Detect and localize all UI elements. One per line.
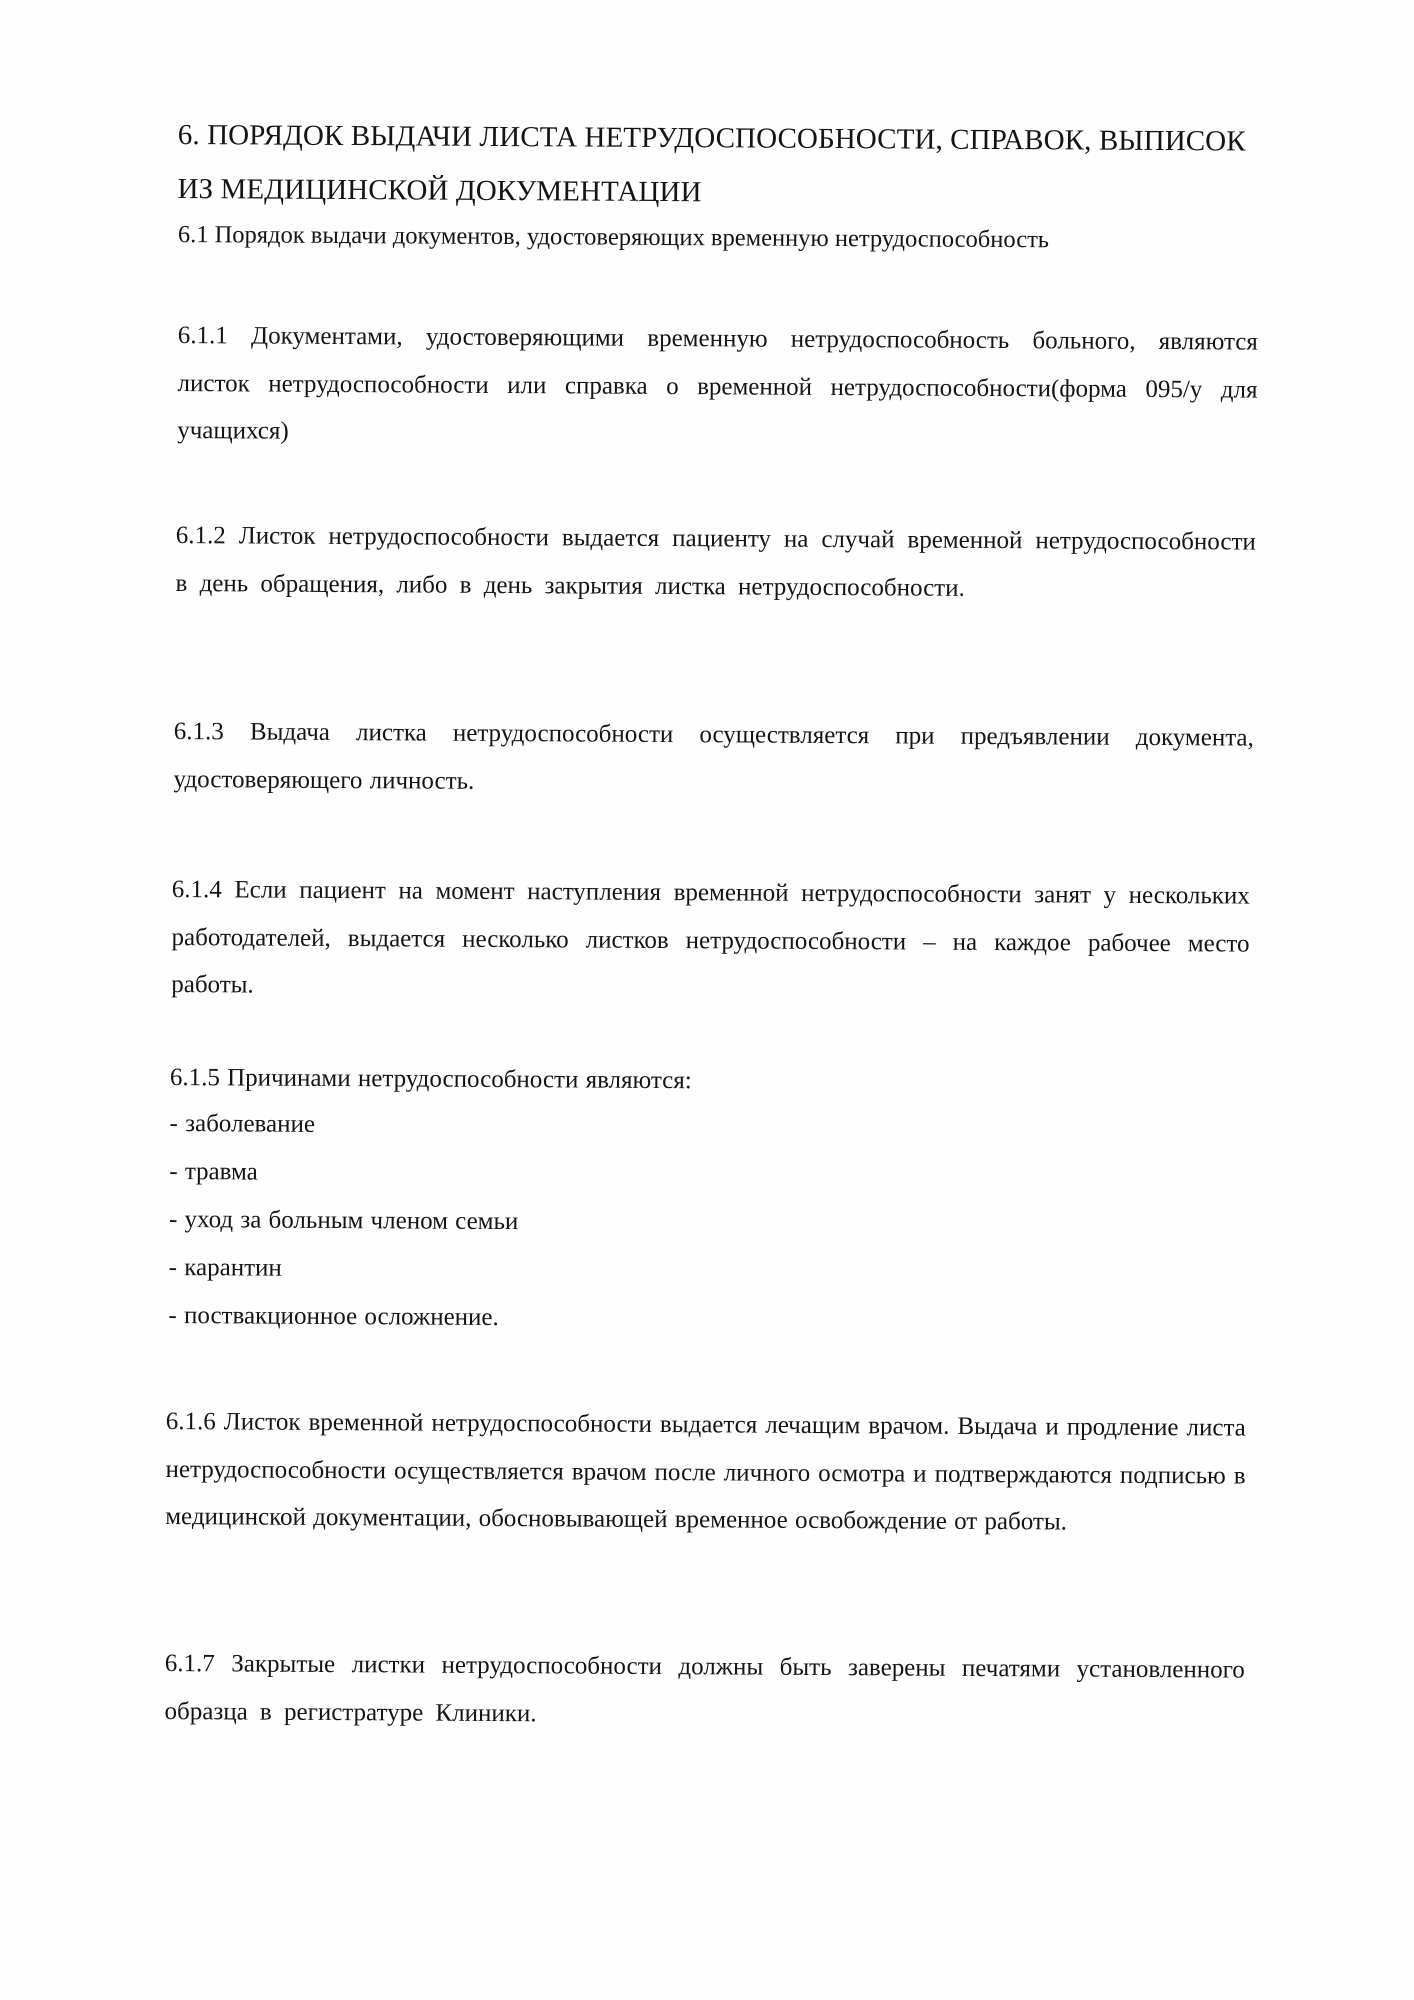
paragraph-text: 6.1.6 Листок временной нетрудоспособност… — [165, 1398, 1246, 1547]
paragraph-6-1-3: 6.1.3 Выдача листка нетрудоспособности о… — [173, 708, 1254, 810]
incapacity-causes-list: - заболевание - травма - уход за больным… — [168, 1100, 1249, 1347]
paragraph-text: 6.1.2 Листок нетрудоспособности выдается… — [175, 512, 1256, 614]
paragraph-6-1-4: 6.1.4 Если пациент на момент наступления… — [171, 866, 1250, 1015]
list-item: - заболевание — [169, 1100, 1249, 1155]
paragraph-6-1-6: 6.1.6 Листок временной нетрудоспособност… — [165, 1398, 1246, 1547]
list-item: - поствакционное осложнение. — [168, 1292, 1248, 1347]
paragraph-6-1-2: 6.1.2 Листок нетрудоспособности выдается… — [175, 512, 1256, 614]
paragraph-text: 6.1.4 Если пациент на момент наступления… — [171, 866, 1250, 1015]
paragraph-6-1-1: 6.1.1 Документами, удостоверяющими време… — [177, 312, 1258, 461]
list-item: - травма — [169, 1148, 1249, 1203]
paragraph-text: 6.1.3 Выдача листка нетрудоспособности о… — [173, 708, 1254, 810]
paragraph-6-1-5: 6.1.5 Причинами нетрудоспособности являю… — [168, 1056, 1250, 1347]
paragraph-6-1-7: 6.1.7 Закрытые листки нетрудоспособности… — [164, 1640, 1245, 1742]
list-item: - уход за больным членом семьи — [169, 1196, 1249, 1251]
section-heading: 6. ПОРЯДОК ВЫДАЧИ ЛИСТА НЕТРУДОСПОСОБНОС… — [177, 108, 1258, 223]
paragraph-intro: 6.1.5 Причинами нетрудоспособности являю… — [170, 1056, 1250, 1107]
document-page: 6. ПОРЯДОК ВЫДАЧИ ЛИСТА НЕТРУДОСПОСОБНОС… — [0, 0, 1414, 2000]
list-item: - карантин — [169, 1244, 1249, 1299]
subsection-heading: 6.1 Порядок выдачи документов, удостовер… — [178, 215, 1258, 262]
paragraph-text: 6.1.7 Закрытые листки нетрудоспособности… — [164, 1640, 1245, 1742]
paragraph-text: 6.1.1 Документами, удостоверяющими време… — [177, 312, 1258, 461]
